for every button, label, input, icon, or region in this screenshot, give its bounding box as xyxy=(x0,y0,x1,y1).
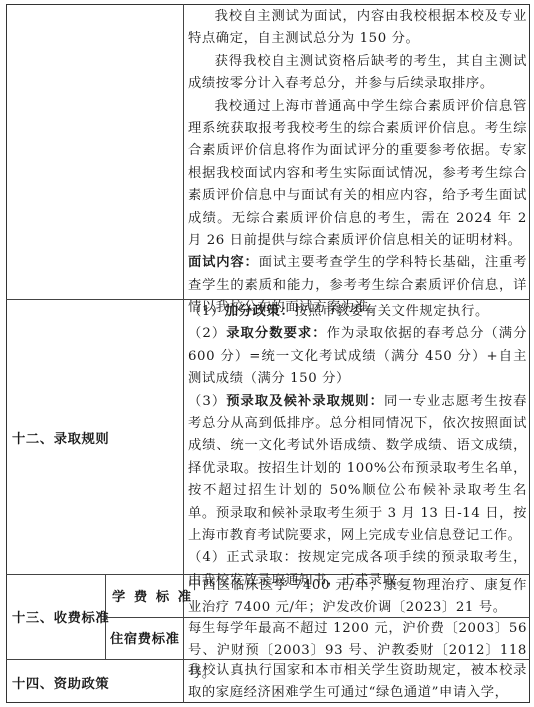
rule-text: 同一专业志愿考生按春考总分从高到低排序。总分相同情况下，依次按照面试成绩、统一文… xyxy=(188,394,527,543)
rule-label: 预录取及候补录取规则： xyxy=(226,394,384,409)
section-11-content: 我校自主测试为面试，内容由我校根据本校及专业特点确定，自主测试总分为 150 分… xyxy=(188,6,527,320)
section-14-text: 我校认真执行国家和本市相关学生资助规定，被本校录取的家庭经济困难学生可通过“绿色… xyxy=(188,660,527,705)
rule-number: （2） xyxy=(188,326,226,341)
accommodation-label: 住宿费标准 xyxy=(110,628,179,647)
tuition-label: 学 费 标 准 xyxy=(112,586,193,605)
rule-label: 加分政策： xyxy=(225,304,294,319)
rule-item: （2）录取分数要求：作为录取依据的春考总分（满分 600 分）=统一文化考试成绩… xyxy=(188,323,527,390)
rule-number: （3） xyxy=(188,394,226,409)
interview-label: 面试内容： xyxy=(188,255,259,270)
section-13-title: 十三、收费标准 xyxy=(12,607,109,626)
rule-text: 按照市教委有关文件规定执行。 xyxy=(294,304,489,319)
rule-item: （3）预录取及候补录取规则：同一专业志愿考生按春考总分从高到低排序。总分相同情况… xyxy=(188,391,527,548)
section-14-title: 十四、资助政策 xyxy=(12,673,109,692)
paragraph: 获得我校自主测试资格后缺考的考生，其自主测试成绩按零分计入春考总分，并参与后续录… xyxy=(188,51,527,96)
rule-number: （4） xyxy=(188,550,226,565)
rule-number: （1） xyxy=(188,304,225,319)
tuition-text: 中西医临床医学 7400 元/年；康复物理治疗、康复作业治疗 7400 元/年；… xyxy=(188,575,527,620)
paragraph: 我校自主测试为面试，内容由我校根据本校及专业特点确定，自主测试总分为 150 分… xyxy=(188,6,527,51)
section-12-content: （1）加分政策：按照市教委有关文件规定执行。 （2）录取分数要求：作为录取依据的… xyxy=(188,301,527,592)
rule-label: 录取分数要求： xyxy=(226,326,326,341)
rule-item: （1）加分政策：按照市教委有关文件规定执行。 xyxy=(188,301,527,323)
section-12-title: 十二、录取规则 xyxy=(12,428,109,447)
paragraph: 我校通过上海市普通高中学生综合素质评价信息管理系统获取报考我校考生的综合素质评价… xyxy=(188,96,527,253)
